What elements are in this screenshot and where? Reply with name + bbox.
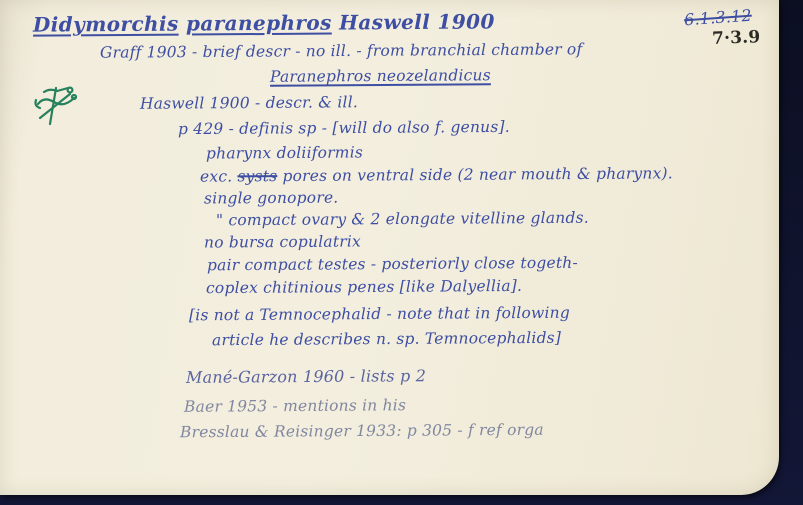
note-graff-host: Paranephros neozelandicus [270,66,491,86]
note-excretory-suffix: pores on ventral side (2 near mouth & ph… [277,164,673,185]
index-card-paper: Didymorchis paranephros Haswell 1900 6.1… [0,0,779,495]
note-excretory-struck: systs [237,167,277,185]
note-excretory-prefix: exc. [200,167,238,185]
note-mane-garzon: Mané-Garzon 1960 - lists p 2 [186,366,426,387]
note-gonopore: single gonopore. [204,189,339,208]
title-authority: Haswell 1900 [339,9,495,34]
note-testes: pair compact testes - posteriorly close … [207,254,578,275]
type-mark-icon [30,84,82,140]
note-bursa: no bursa copulatrix [204,232,361,251]
note-graff: Graff 1903 - brief descr - no ill. - fro… [100,40,582,61]
note-penes: coplex chitinious penes [like Dalyellia]… [206,277,522,297]
note-ovary: " compact ovary & 2 elongate vitelline g… [216,209,589,230]
catalog-old-code: 6.1.3.12 [683,6,752,30]
card-title: Didymorchis paranephros Haswell 1900 [33,9,495,36]
note-baer: Baer 1953 - mentions in his [184,396,406,416]
title-genus: Didymorchis [33,12,179,37]
note-temnocephalid-2: article he describes n. sp. Temnocephali… [212,329,561,349]
catalog-new-code: 7·3.9 [712,27,761,49]
note-haswell: Haswell 1900 - descr. & ill. [140,93,358,113]
scanned-index-card: Didymorchis paranephros Haswell 1900 6.1… [0,0,803,505]
title-species: paranephros [186,11,332,36]
note-pharynx: pharynx doliiformis [206,143,363,162]
note-p429: p 429 - definis sp - [will do also f. ge… [178,118,510,138]
note-temnocephalid-1: [is not a Temnocephalid - note that in f… [189,304,570,325]
note-excretory: exc. systs pores on ventral side (2 near… [200,164,673,185]
note-bresslau: Bresslau & Reisinger 1933: p 305 - f ref… [180,421,544,442]
